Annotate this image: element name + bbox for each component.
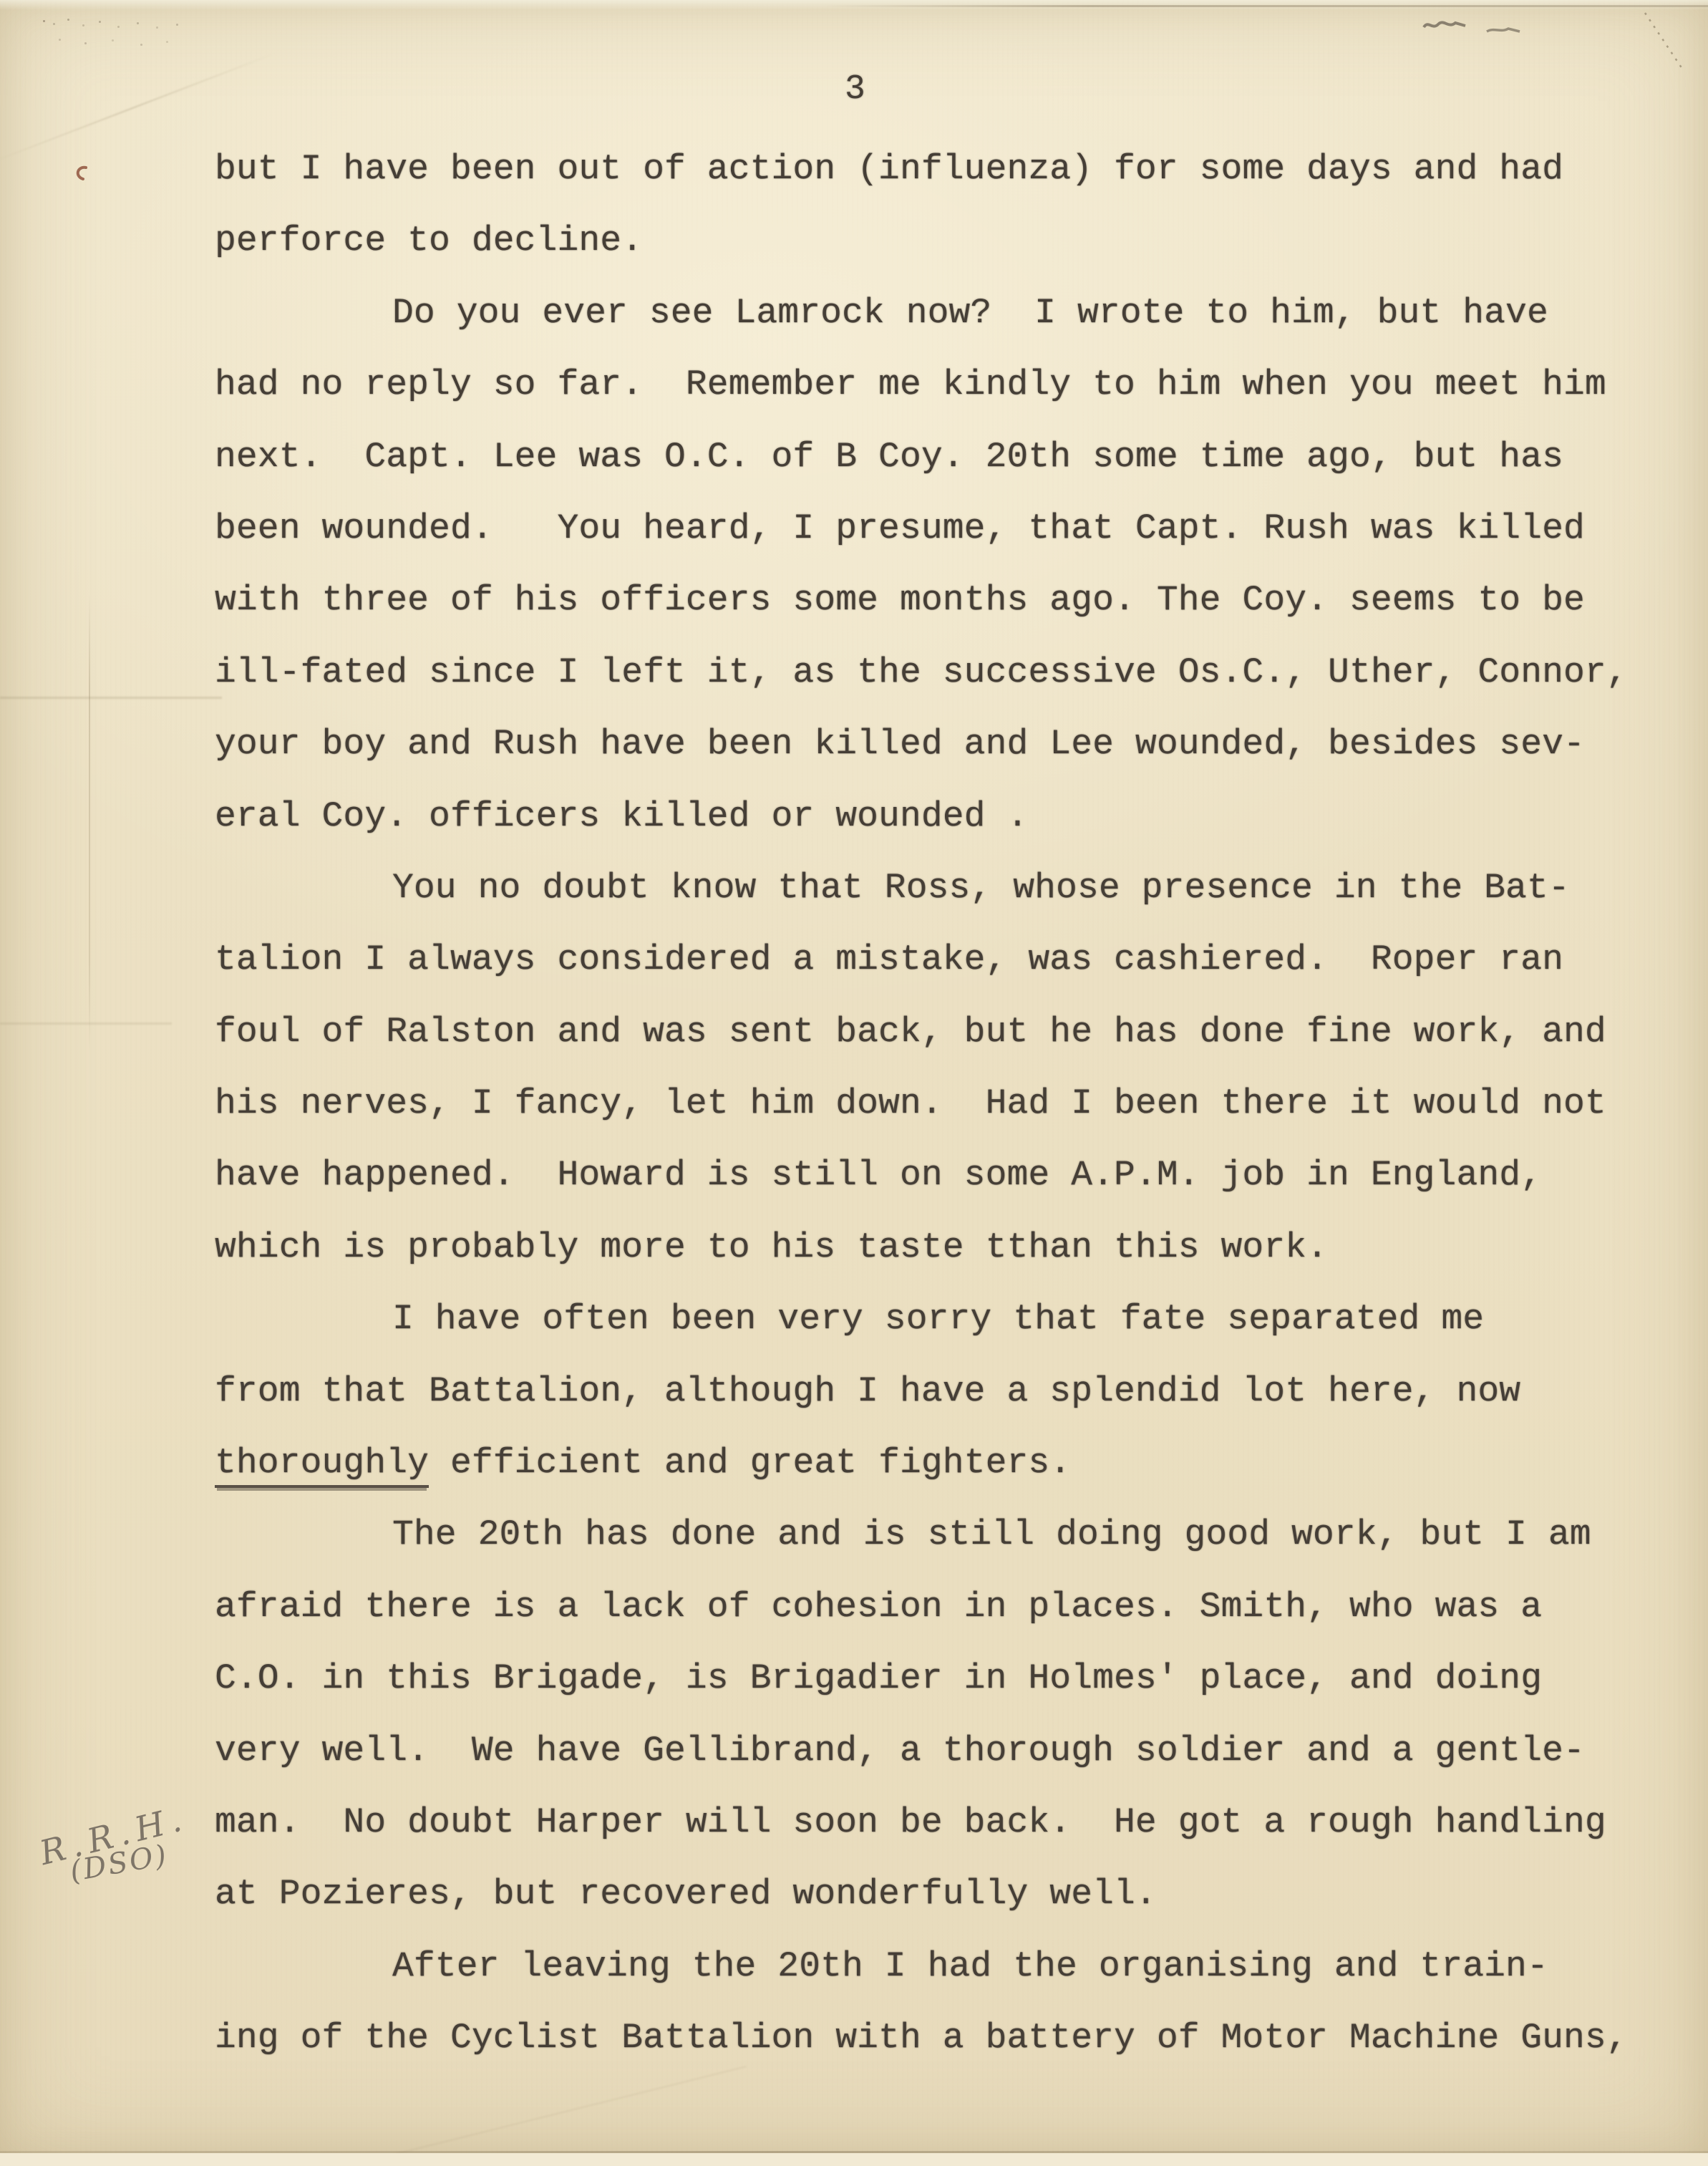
letter-line: perforce to decline.	[215, 205, 1639, 276]
scan-backing	[0, 2153, 1708, 2166]
pencil-scribble	[1421, 13, 1564, 42]
paper-crease	[0, 697, 222, 699]
letter-line: eral Coy. officers killed or wounded .	[215, 780, 1639, 852]
corner-crease-mark	[1641, 10, 1691, 74]
letter-line: with three of his officers some months a…	[215, 564, 1639, 636]
underlined-word: thoroughly	[215, 1443, 429, 1488]
pencil-smudge	[43, 20, 45, 22]
page-number: 3	[845, 70, 865, 109]
letter-line: your boy and Rush have been killed and L…	[215, 708, 1639, 780]
letter-line: but I have been out of action (influenza…	[215, 133, 1639, 205]
letter-line: his nerves, I fancy, let him down. Had I…	[215, 1068, 1639, 1139]
letter-line: The 20th has done and is still doing goo…	[215, 1499, 1639, 1570]
letter-line: very well. We have Gellibrand, a thoroug…	[215, 1715, 1639, 1787]
letter-line: which is probably more to his taste ttha…	[215, 1212, 1639, 1283]
letter-line: man. No doubt Harper will soon be back. …	[215, 1787, 1639, 1858]
letter-line: After leaving the 20th I had the organis…	[215, 1930, 1639, 2002]
letter-line: You no doubt know that Ross, whose prese…	[215, 852, 1639, 924]
letter-page: 3 but I have been out of action (influen…	[0, 0, 1708, 2157]
letter-line: C.O. in this Brigade, is Brigadier in Ho…	[215, 1643, 1639, 1714]
paper-crease	[0, 1022, 172, 1025]
letter-line: I have often been very sorry that fate s…	[215, 1283, 1639, 1355]
letter-line: have happened. Howard is still on some A…	[215, 1139, 1639, 1211]
letter-line: next. Capt. Lee was O.C. of B Coy. 20th …	[215, 421, 1639, 493]
letter-line: been wounded. You heard, I presume, that…	[215, 493, 1639, 564]
letter-line: had no reply so far. Remember me kindly …	[215, 349, 1639, 420]
letter-line: afraid there is a lack of cohesion in pl…	[215, 1571, 1639, 1643]
letter-line: thoroughly efficient and great fighters.	[215, 1427, 1639, 1499]
letter-line: talion I always considered a mistake, wa…	[215, 924, 1639, 995]
letter-body: but I have been out of action (influenza…	[215, 133, 1639, 2074]
paper-crease	[89, 594, 90, 1053]
letter-line: ill-fated since I left it, as the succes…	[215, 637, 1639, 708]
letter-line: at Pozieres, but recovered wonderfully w…	[215, 1858, 1639, 1930]
letter-line: Do you ever see Lamrock now? I wrote to …	[215, 277, 1639, 349]
paper-crease	[384, 2066, 746, 2157]
letter-line: from that Battalion, although I have a s…	[215, 1355, 1639, 1427]
ink-speck	[69, 160, 94, 186]
letter-line: ing of the Cyclist Battalion with a batt…	[215, 2002, 1639, 2074]
scan-edge-line	[823, 5, 1708, 7]
scanned-letter-screenshot: { "page": { "number": "3", "paper_color"…	[0, 0, 1708, 2166]
handwritten-margin-note: R.R.H. (DSO)	[36, 1799, 198, 1898]
letter-line: foul of Ralston and was sent back, but h…	[215, 996, 1639, 1068]
